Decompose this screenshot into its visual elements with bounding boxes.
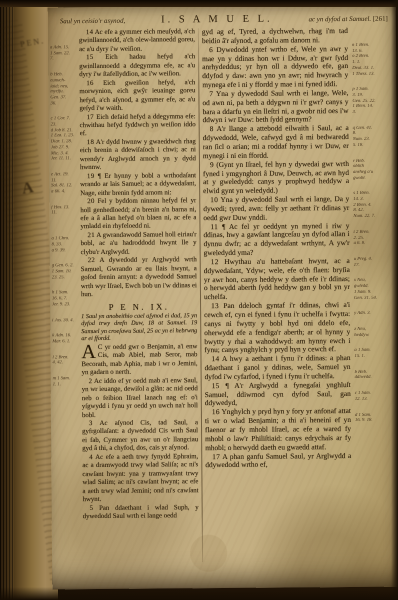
photo-edge-bottom — [0, 587, 398, 600]
book-title: I. S A M U E L. — [161, 14, 273, 26]
note-gap — [52, 281, 79, 291]
verse-number: 18 — [87, 139, 94, 146]
verse-number: 17 — [87, 114, 94, 121]
verse: 16 Eich gweiſion hefyd, a'ch morwynion, … — [79, 79, 195, 114]
note-gap — [51, 195, 78, 205]
verse-number: 20 — [87, 198, 94, 205]
verse: 12 Hwythau a'u hattebaſant hwynt, ac a d… — [204, 257, 350, 302]
photo-edge-top — [0, 0, 398, 7]
verse: 21 A gwrandawodd Samuel holl eiriau'r bo… — [80, 231, 196, 257]
note-gap — [50, 106, 77, 116]
photo-edge-right — [391, 0, 398, 600]
note-gap — [52, 323, 79, 333]
verse-number: 19 — [87, 173, 94, 180]
note-gap — [51, 226, 78, 236]
chapter-argument: 1 Saul yn anobeithio cael aſynod ei dad,… — [81, 312, 197, 343]
note-gap — [354, 247, 396, 257]
note-gap — [52, 253, 79, 263]
verse: 2 Ac iddo ef yr oedd mab a'i enw Saul, y… — [82, 377, 198, 420]
verse: 11 ¶ Ac fel yr oeddynt yn myned i riw y … — [203, 222, 349, 259]
scripture-column-left: 14 Ac efe a gymmer eich meuſydd, a'ch gw… — [79, 28, 199, 577]
note-gap — [52, 345, 79, 355]
previous-page-dropcap-fragment: A — [21, 179, 35, 199]
verse: 22 A dywedodd yr Arglwydd wrth Samuel, G… — [81, 256, 197, 299]
margin-notes-left: a Adn. 15.1 Sam. 22.7.b Heb.eunuch-iaid;… — [50, 45, 81, 573]
verse: 5 Pan ddaethant i wlad Suph, y dywedodd … — [83, 504, 199, 522]
note-gap — [51, 162, 78, 172]
verse-number: 6 — [209, 45, 213, 54]
running-head-right-text: ac yn dyfod at Samuel. — [309, 16, 372, 23]
verse-number: 4 — [89, 454, 93, 461]
verse-number: 12 — [211, 257, 219, 266]
note-gap — [352, 77, 394, 87]
running-head-left: Saul yn ceisio'r asynod, — [60, 18, 125, 26]
verse-number: 22 — [88, 257, 95, 264]
verse-number: 10 — [210, 195, 218, 204]
verse: 8 A'r llange a attebodd eilwaith i Saul,… — [203, 124, 349, 161]
verse-number: 17 — [212, 452, 220, 461]
running-head-right: ac yn dyfod at Samuel. [261] — [309, 16, 388, 24]
note-gap — [353, 220, 395, 230]
verse: 7 Yna y dywedodd Saul wrth ei lange, Wel… — [202, 89, 348, 126]
verse: 14 A hwy a aethant i fynu i'r ddinas: a … — [204, 354, 350, 382]
verse: 19 ¶ Er hynny y bobl a wrthodaſant wrand… — [80, 172, 196, 198]
verse-number: 14 — [211, 354, 219, 363]
verse-number: 7 — [209, 89, 213, 98]
verse-continuation: gyd ag ef, Tyred, a dychwelwn, rhag i'm … — [202, 27, 348, 46]
verse: 6 Dywedodd yntef wrtho ef, Wele yn awr y… — [202, 45, 348, 90]
verse: 3 Ac aſynod Cis, tad Saul, a gyfrgollaſa… — [82, 419, 198, 454]
verse-number: 21 — [87, 232, 94, 239]
verse-number: 11 — [210, 222, 218, 231]
verse-number: 14 — [86, 29, 93, 36]
verse-number: 8 — [210, 124, 214, 133]
note-gap — [353, 148, 395, 158]
verse-number: 5 — [90, 505, 94, 512]
verse: 16 Ynghylch y pryd hyn y fory yr anfonaf… — [205, 407, 351, 452]
verse-number: 16 — [86, 80, 93, 87]
verse: 20 Fel y byddom ninnau hefyd fel yr holl… — [80, 197, 196, 232]
chapter-heading: P E N. IX. — [81, 302, 197, 311]
note-gap — [53, 366, 80, 376]
verse: 15 Eich hadau hefyd a'ch gwinllannoedd a… — [79, 54, 195, 80]
verse: 13 Pan ddeloch gyntaf i'r ddinas, chwi a… — [204, 301, 350, 355]
verse-number: 2 — [89, 378, 93, 385]
verse-number: 15 — [86, 54, 93, 61]
book-photo: PEN. A Saul yn ceisio'r asynod, I. S A M… — [0, 0, 398, 600]
margin-note: 1. 1. — [53, 382, 80, 388]
verse: 9 (Gynt yn Iſrael, fel hyn y dywedai gwr… — [203, 160, 349, 197]
verse: 14 Ac efe a gymmer eich meuſydd, a'ch gw… — [79, 28, 195, 54]
verse-number: 13 — [211, 301, 219, 310]
verse: 15 ¶ A'r Arglwydd a fynegaſai ynghluſt S… — [205, 381, 351, 409]
bible-page: Saul yn ceisio'r asynod, I. S A M U E L.… — [48, 5, 398, 590]
note-gap — [354, 268, 396, 278]
drop-cap: A — [81, 344, 98, 360]
verse-number: 3 — [89, 420, 93, 427]
note-gap — [51, 216, 78, 226]
verse-number: 15 — [212, 381, 220, 390]
verse: 18 A'r dydd hwnnw y gwaeddwch rhag eich … — [80, 138, 196, 173]
page-header: Saul yn ceisio'r asynod, I. S A M U E L.… — [60, 13, 388, 28]
verse: 10 Yna y dywedodd Saul wrth ei lange, Da… — [203, 195, 349, 223]
scripture-column-right: gyd ag ef, Tyred, a dychwelwn, rhag i'm … — [202, 27, 352, 576]
note-gap — [50, 62, 77, 72]
verse-number: 16 — [212, 407, 220, 416]
verse-number: 9 — [210, 160, 214, 169]
note-gap — [353, 181, 395, 191]
note-gap — [353, 115, 395, 125]
verse: 17 Eich defaid hefyd a ddegymma efe: chw… — [80, 113, 196, 139]
note-gap — [354, 301, 396, 311]
verse: 17 A phan ganfu Samuel Saul, yr Arglwydd… — [205, 452, 351, 471]
note-gap — [52, 308, 79, 318]
verse: 4 Ac efe a aeth trwy fynydd Ephraim, ac … — [82, 453, 198, 505]
page-number: [261] — [373, 16, 388, 23]
verse-dropcap: AC yr oedd gwr o Benjamin, a'i enw Cis, … — [81, 343, 197, 378]
note-gap — [354, 317, 396, 327]
